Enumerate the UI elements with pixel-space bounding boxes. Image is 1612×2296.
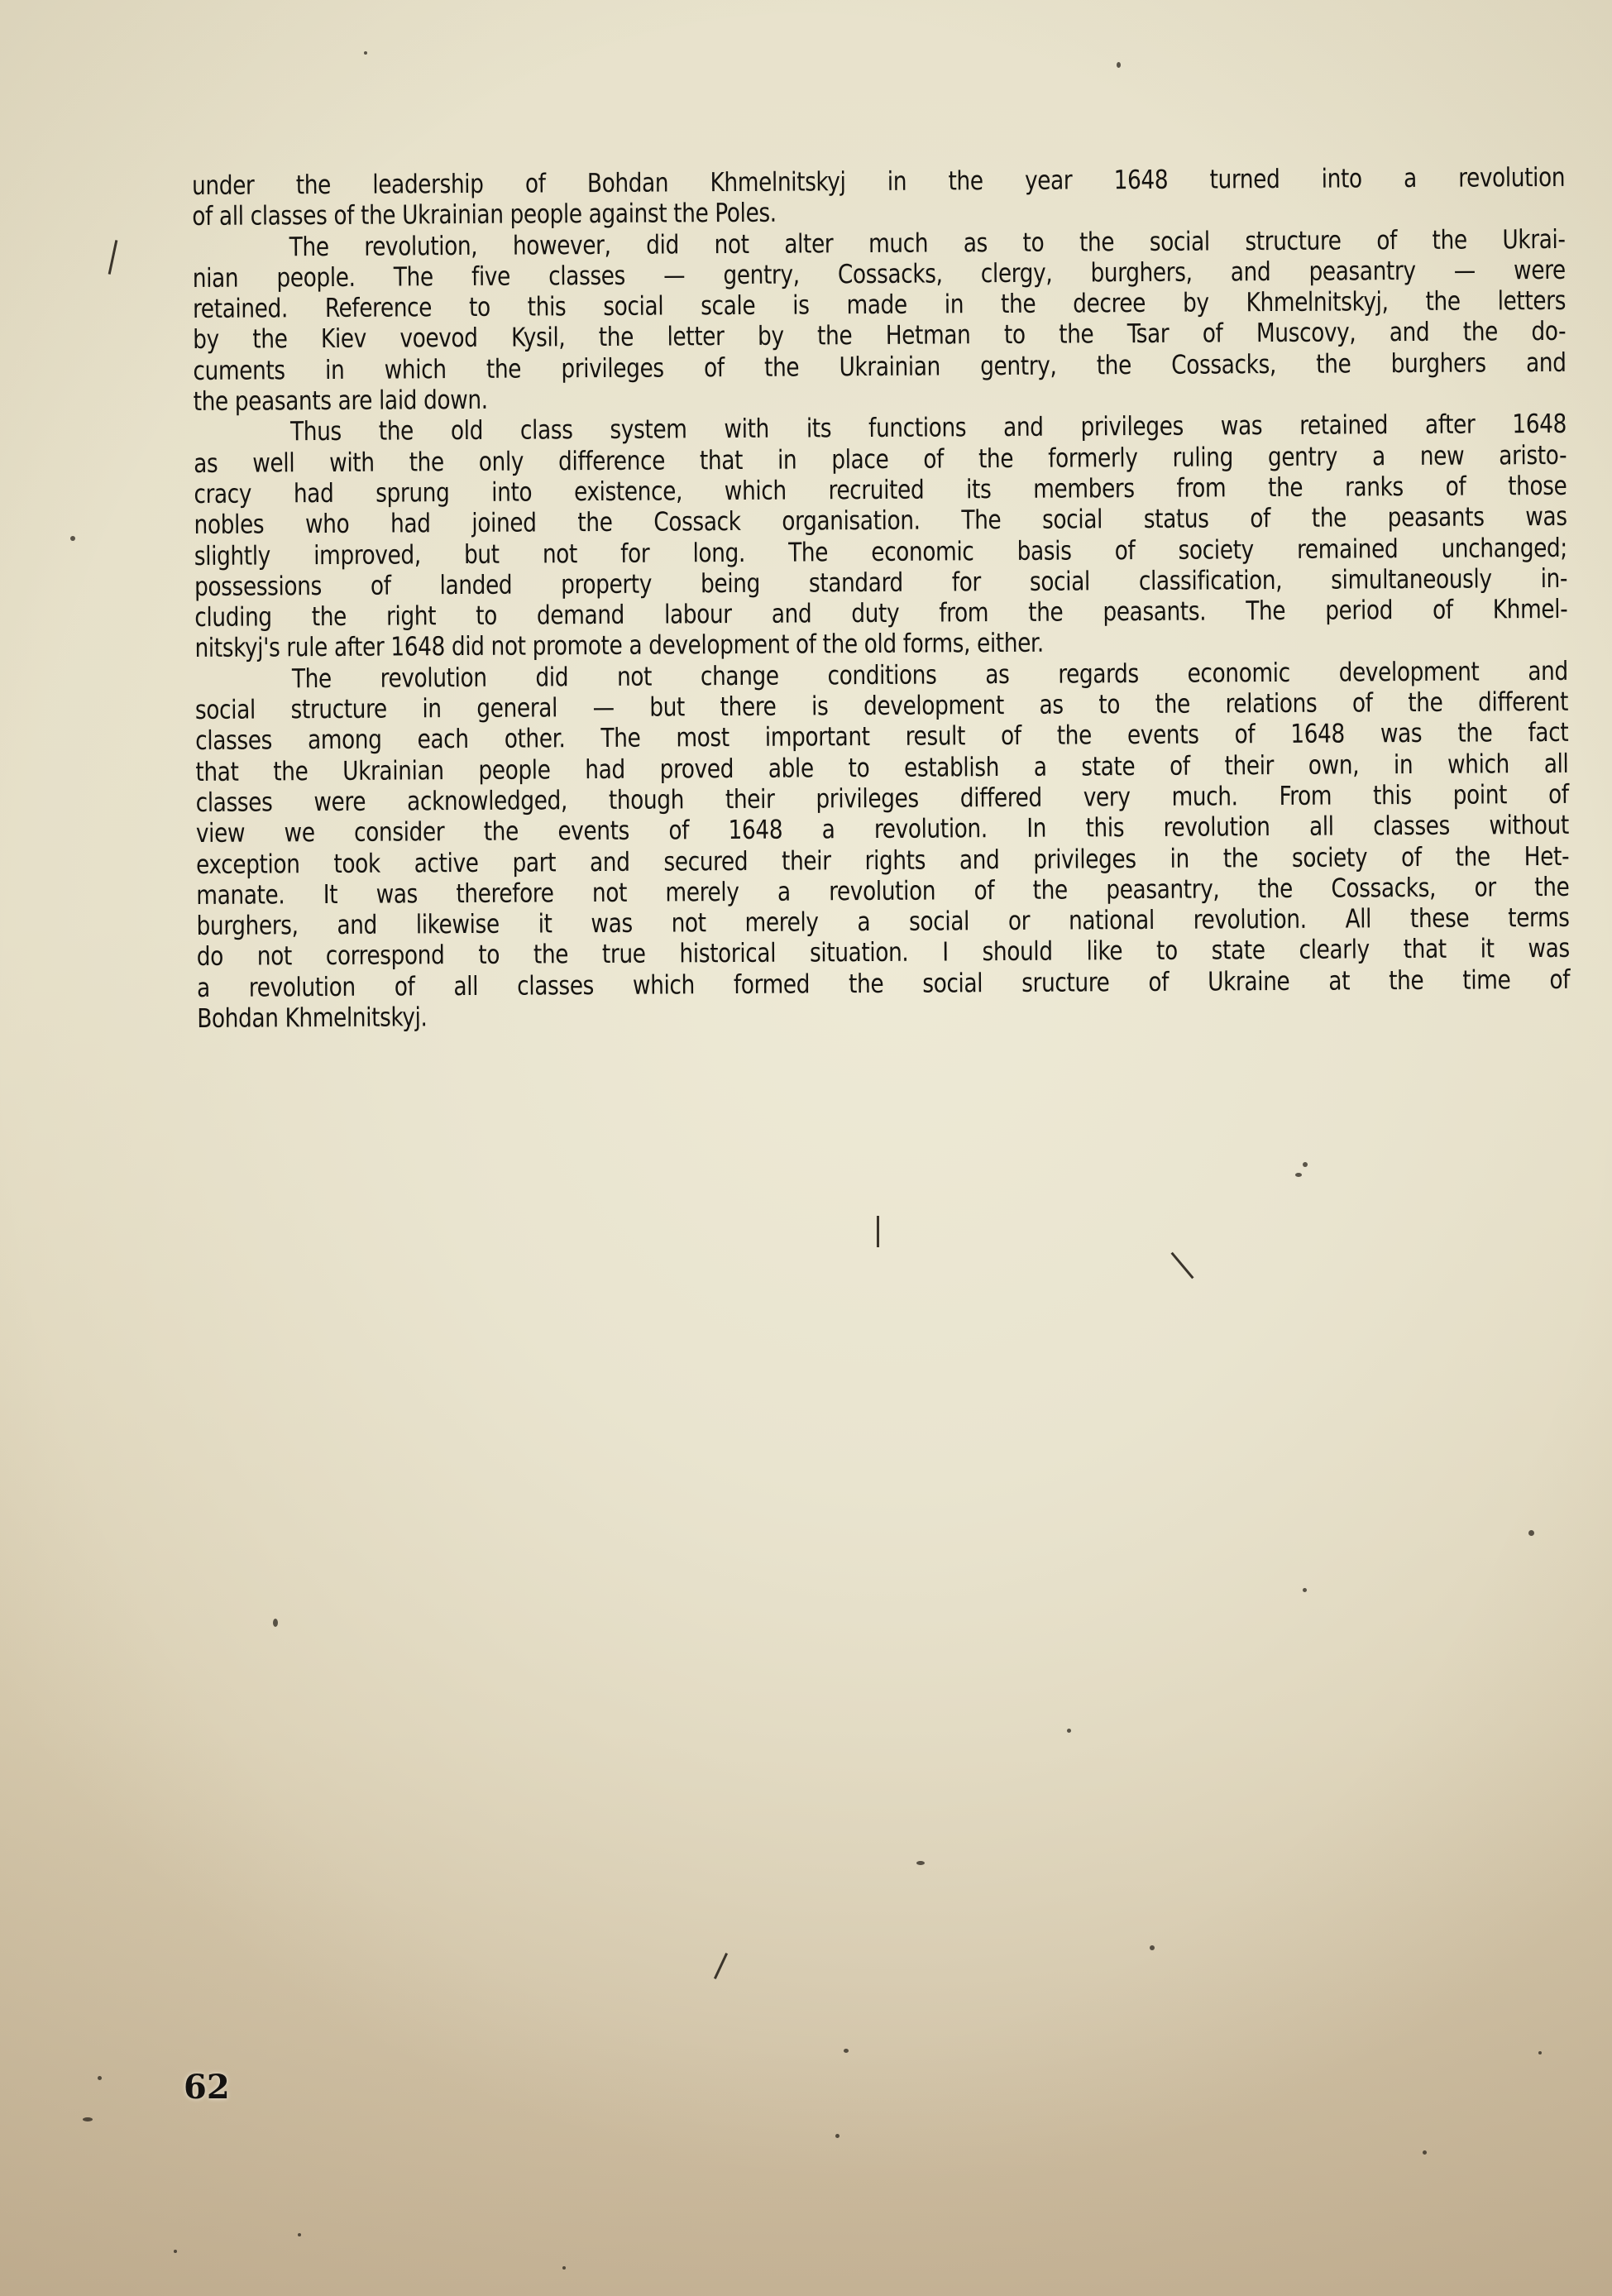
margin-pencil-mark	[1170, 1252, 1193, 1280]
paragraph-2: The revolution, however, did not alter m…	[192, 224, 1566, 418]
page-number: 62	[184, 2068, 230, 2107]
document-body: under the leadership of Bohdan Khmelnits…	[192, 163, 1570, 1035]
margin-pencil-mark	[714, 1953, 728, 1979]
paragraph-4: The revolution did not change conditions…	[195, 657, 1571, 1036]
margin-pencil-mark	[108, 240, 118, 275]
paragraph-1: under the leadership of Bohdan Khmelnits…	[192, 163, 1565, 233]
margin-pencil-mark	[877, 1216, 879, 1247]
paragraph-3: Thus the old class system with its funct…	[194, 409, 1568, 665]
